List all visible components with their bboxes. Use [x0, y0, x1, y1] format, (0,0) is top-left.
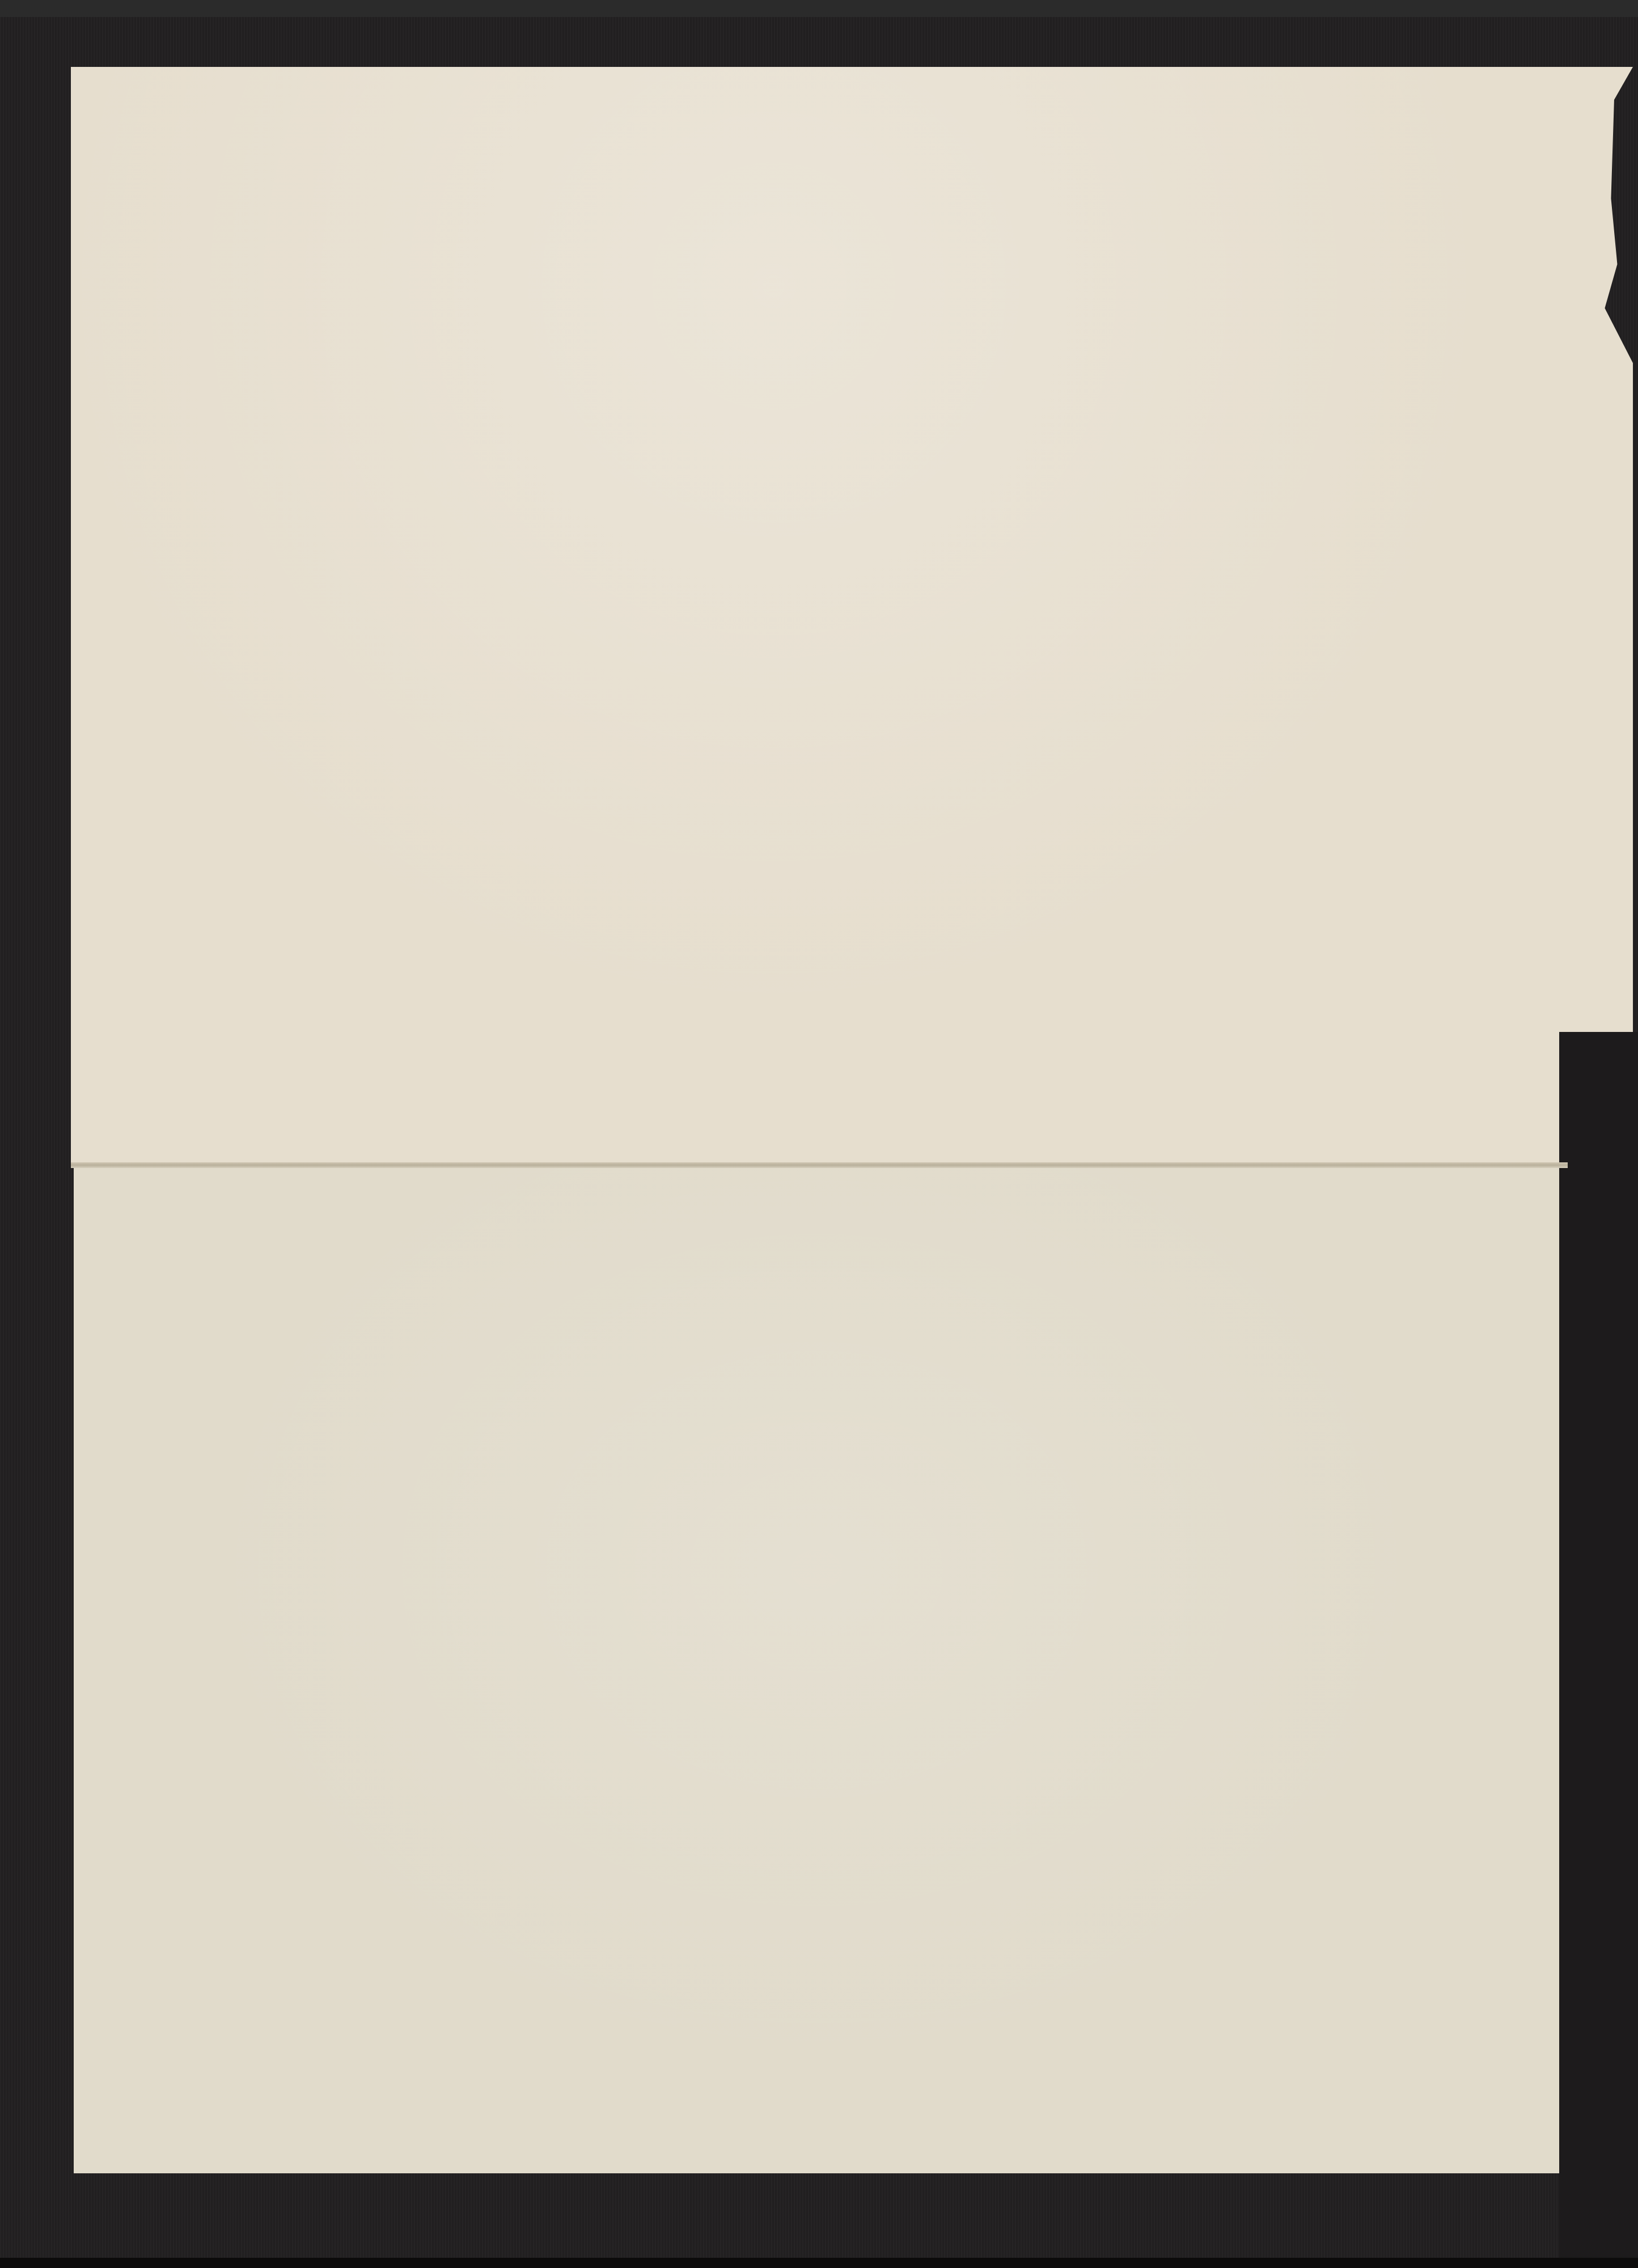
paper-upper-half — [71, 67, 1633, 1163]
scanner-background-right — [1559, 1032, 1638, 2268]
scan-bottom-edge — [0, 2258, 1638, 2268]
scan-top-edge — [0, 0, 1638, 17]
paper-lower-half — [74, 1168, 1559, 2173]
paper-fold-crease — [71, 1162, 1568, 1168]
